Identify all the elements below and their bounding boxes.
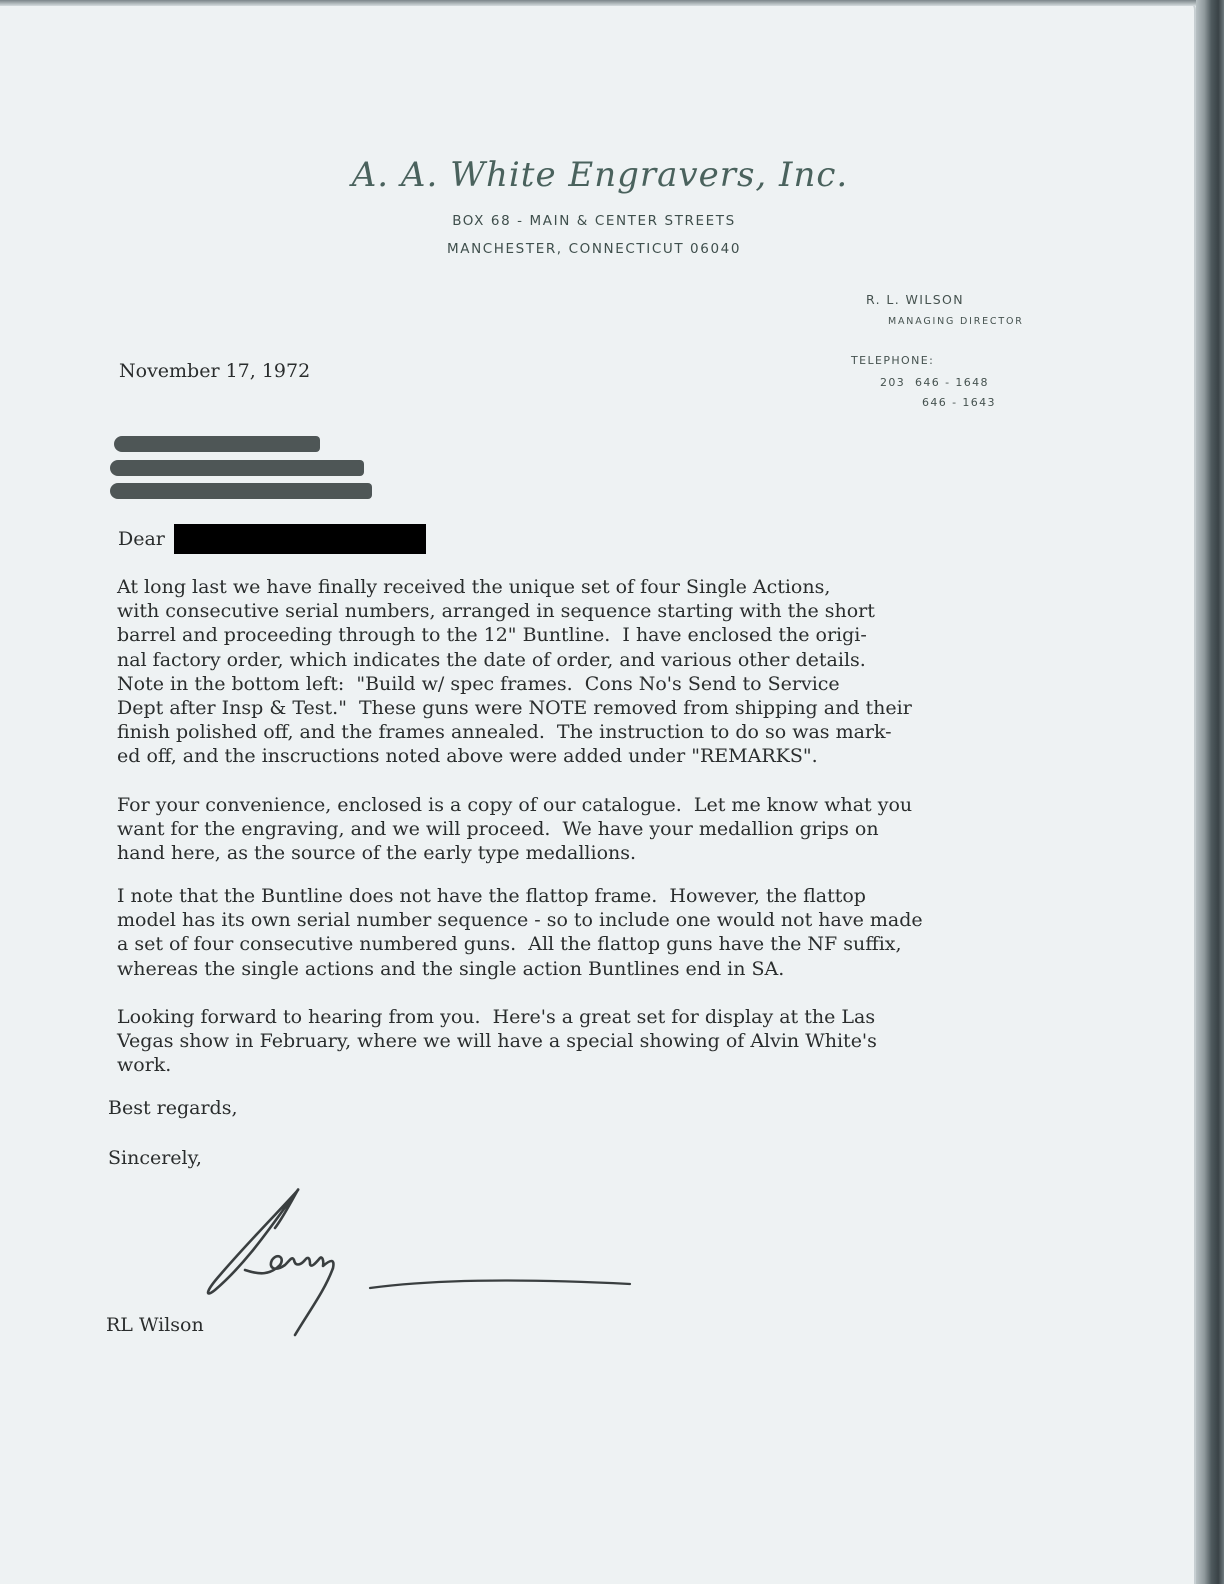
director-title: MANAGING DIRECTOR bbox=[888, 316, 1024, 327]
phone-2: 646 - 1643 bbox=[922, 396, 996, 409]
closing-sincerely: Sincerely, bbox=[108, 1147, 202, 1169]
address-line-2: MANCHESTER, CONNECTICUT 06040 bbox=[0, 241, 1188, 257]
paragraph-3: I note that the Buntline does not have t… bbox=[117, 884, 1107, 981]
company-name: A. A. White Engravers, Inc. bbox=[0, 155, 1200, 195]
address-line-1: BOX 68 - MAIN & CENTER STREETS bbox=[0, 213, 1188, 229]
redacted-recipient-name bbox=[174, 524, 426, 554]
paragraph-2: For your convenience, enclosed is a copy… bbox=[117, 793, 1107, 866]
salutation: Dear bbox=[118, 528, 165, 550]
phone-1: 203 646 - 1648 bbox=[880, 376, 989, 389]
telephone-label: TELEPHONE: bbox=[851, 354, 934, 367]
letter-page bbox=[0, 0, 1196, 1584]
signature-icon bbox=[190, 1180, 650, 1340]
binder-edge bbox=[1196, 0, 1224, 1584]
paragraph-1: At long last we have finally received th… bbox=[117, 575, 1107, 769]
redacted-address-line bbox=[114, 436, 320, 452]
paragraph-4: Looking forward to hearing from you. Her… bbox=[117, 1005, 1107, 1078]
redacted-address-line bbox=[110, 460, 364, 476]
scan-top-edge bbox=[0, 0, 1224, 6]
closing-regards: Best regards, bbox=[108, 1097, 237, 1119]
director-name: R. L. WILSON bbox=[866, 292, 964, 307]
letter-date: November 17, 1972 bbox=[119, 360, 310, 382]
redacted-address-line bbox=[110, 483, 372, 499]
signer-name: RL Wilson bbox=[106, 1314, 204, 1336]
